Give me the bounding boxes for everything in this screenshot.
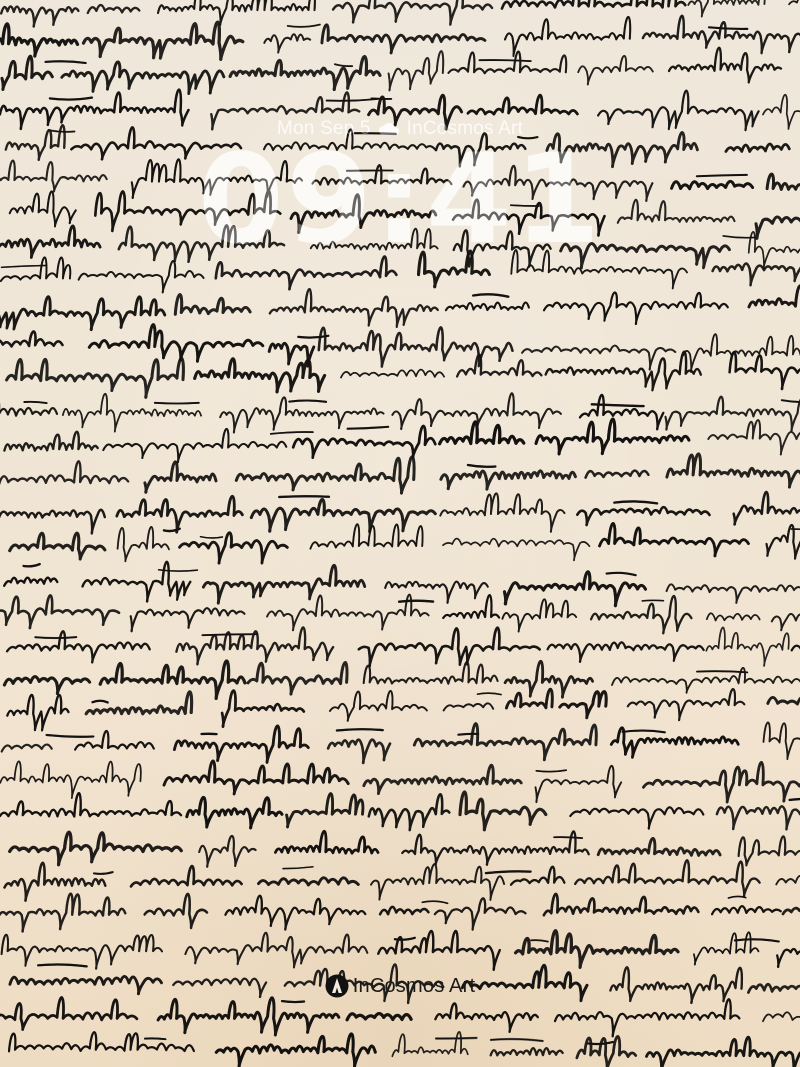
attribution-label: InCosmos Art [353,975,475,998]
wallpaper-attribution[interactable]: InCosmos Art [0,974,800,998]
handwriting-overlay [0,0,800,1067]
lock-screen: Mon Sep 5 InCosmos Art 09:41 InCosmos Ar… [0,0,800,1067]
incosmos-logo-icon [325,974,349,998]
